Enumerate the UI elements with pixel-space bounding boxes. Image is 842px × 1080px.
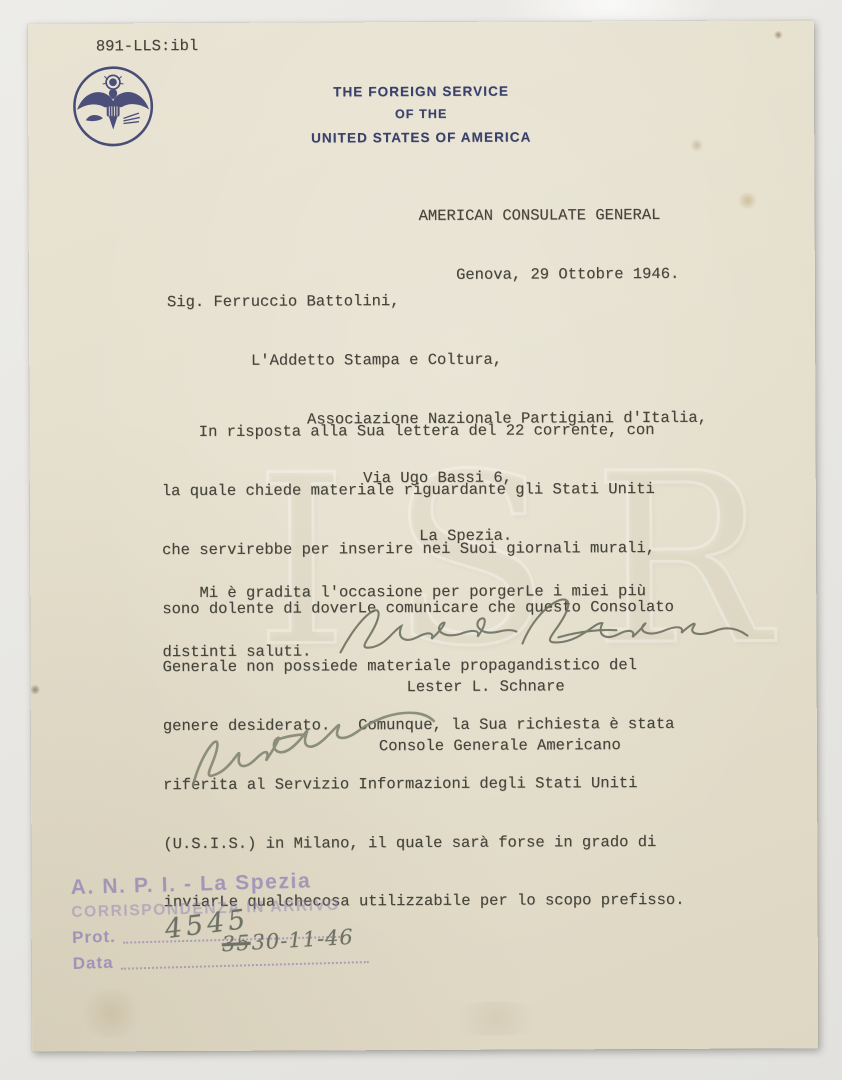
consulate-name: AMERICAN CONSULATE GENERAL	[419, 206, 680, 227]
letterhead-line-3: UNITED STATES OF AMERICA	[28, 124, 814, 150]
letterhead-line-2: OF THE	[28, 101, 814, 127]
body-line: la quale chiede materiale riguardante gl…	[162, 480, 683, 502]
foxing-stain	[442, 1001, 552, 1035]
body-line: In risposta alla Sua lettera del 22 corr…	[162, 421, 683, 443]
letterhead: THE FOREIGN SERVICE OF THE UNITED STATES…	[28, 78, 814, 150]
stamp-data-label: Data	[73, 953, 114, 974]
file-reference-number: 891-LLS:ibl	[96, 37, 198, 57]
body-line: (U.S.I.S.) in Milano, il quale sarà fors…	[163, 833, 684, 855]
foxing-stain	[31, 684, 40, 696]
handwritten-crossed-out-number: 35	[221, 931, 251, 957]
scan-background: ISR 891-LLS:ibl	[0, 0, 842, 1080]
stamp-organization: A. N. P. I. - La Spezia	[70, 868, 383, 900]
foxing-stain	[774, 30, 783, 39]
foxing-stain	[76, 989, 146, 1037]
foxing-stain	[737, 193, 759, 209]
letterhead-line-1: THE FOREIGN SERVICE	[28, 78, 814, 104]
recipient-title: L'Addetto Stampa e Coltura,	[167, 350, 707, 372]
letter-page: ISR 891-LLS:ibl	[28, 20, 818, 1051]
recipient-name: Sig. Ferruccio Battolini,	[167, 291, 707, 313]
handwritten-annotation	[179, 684, 448, 803]
stamp-prot-label: Prot.	[72, 927, 116, 948]
stamp-dotted-line	[121, 961, 369, 970]
